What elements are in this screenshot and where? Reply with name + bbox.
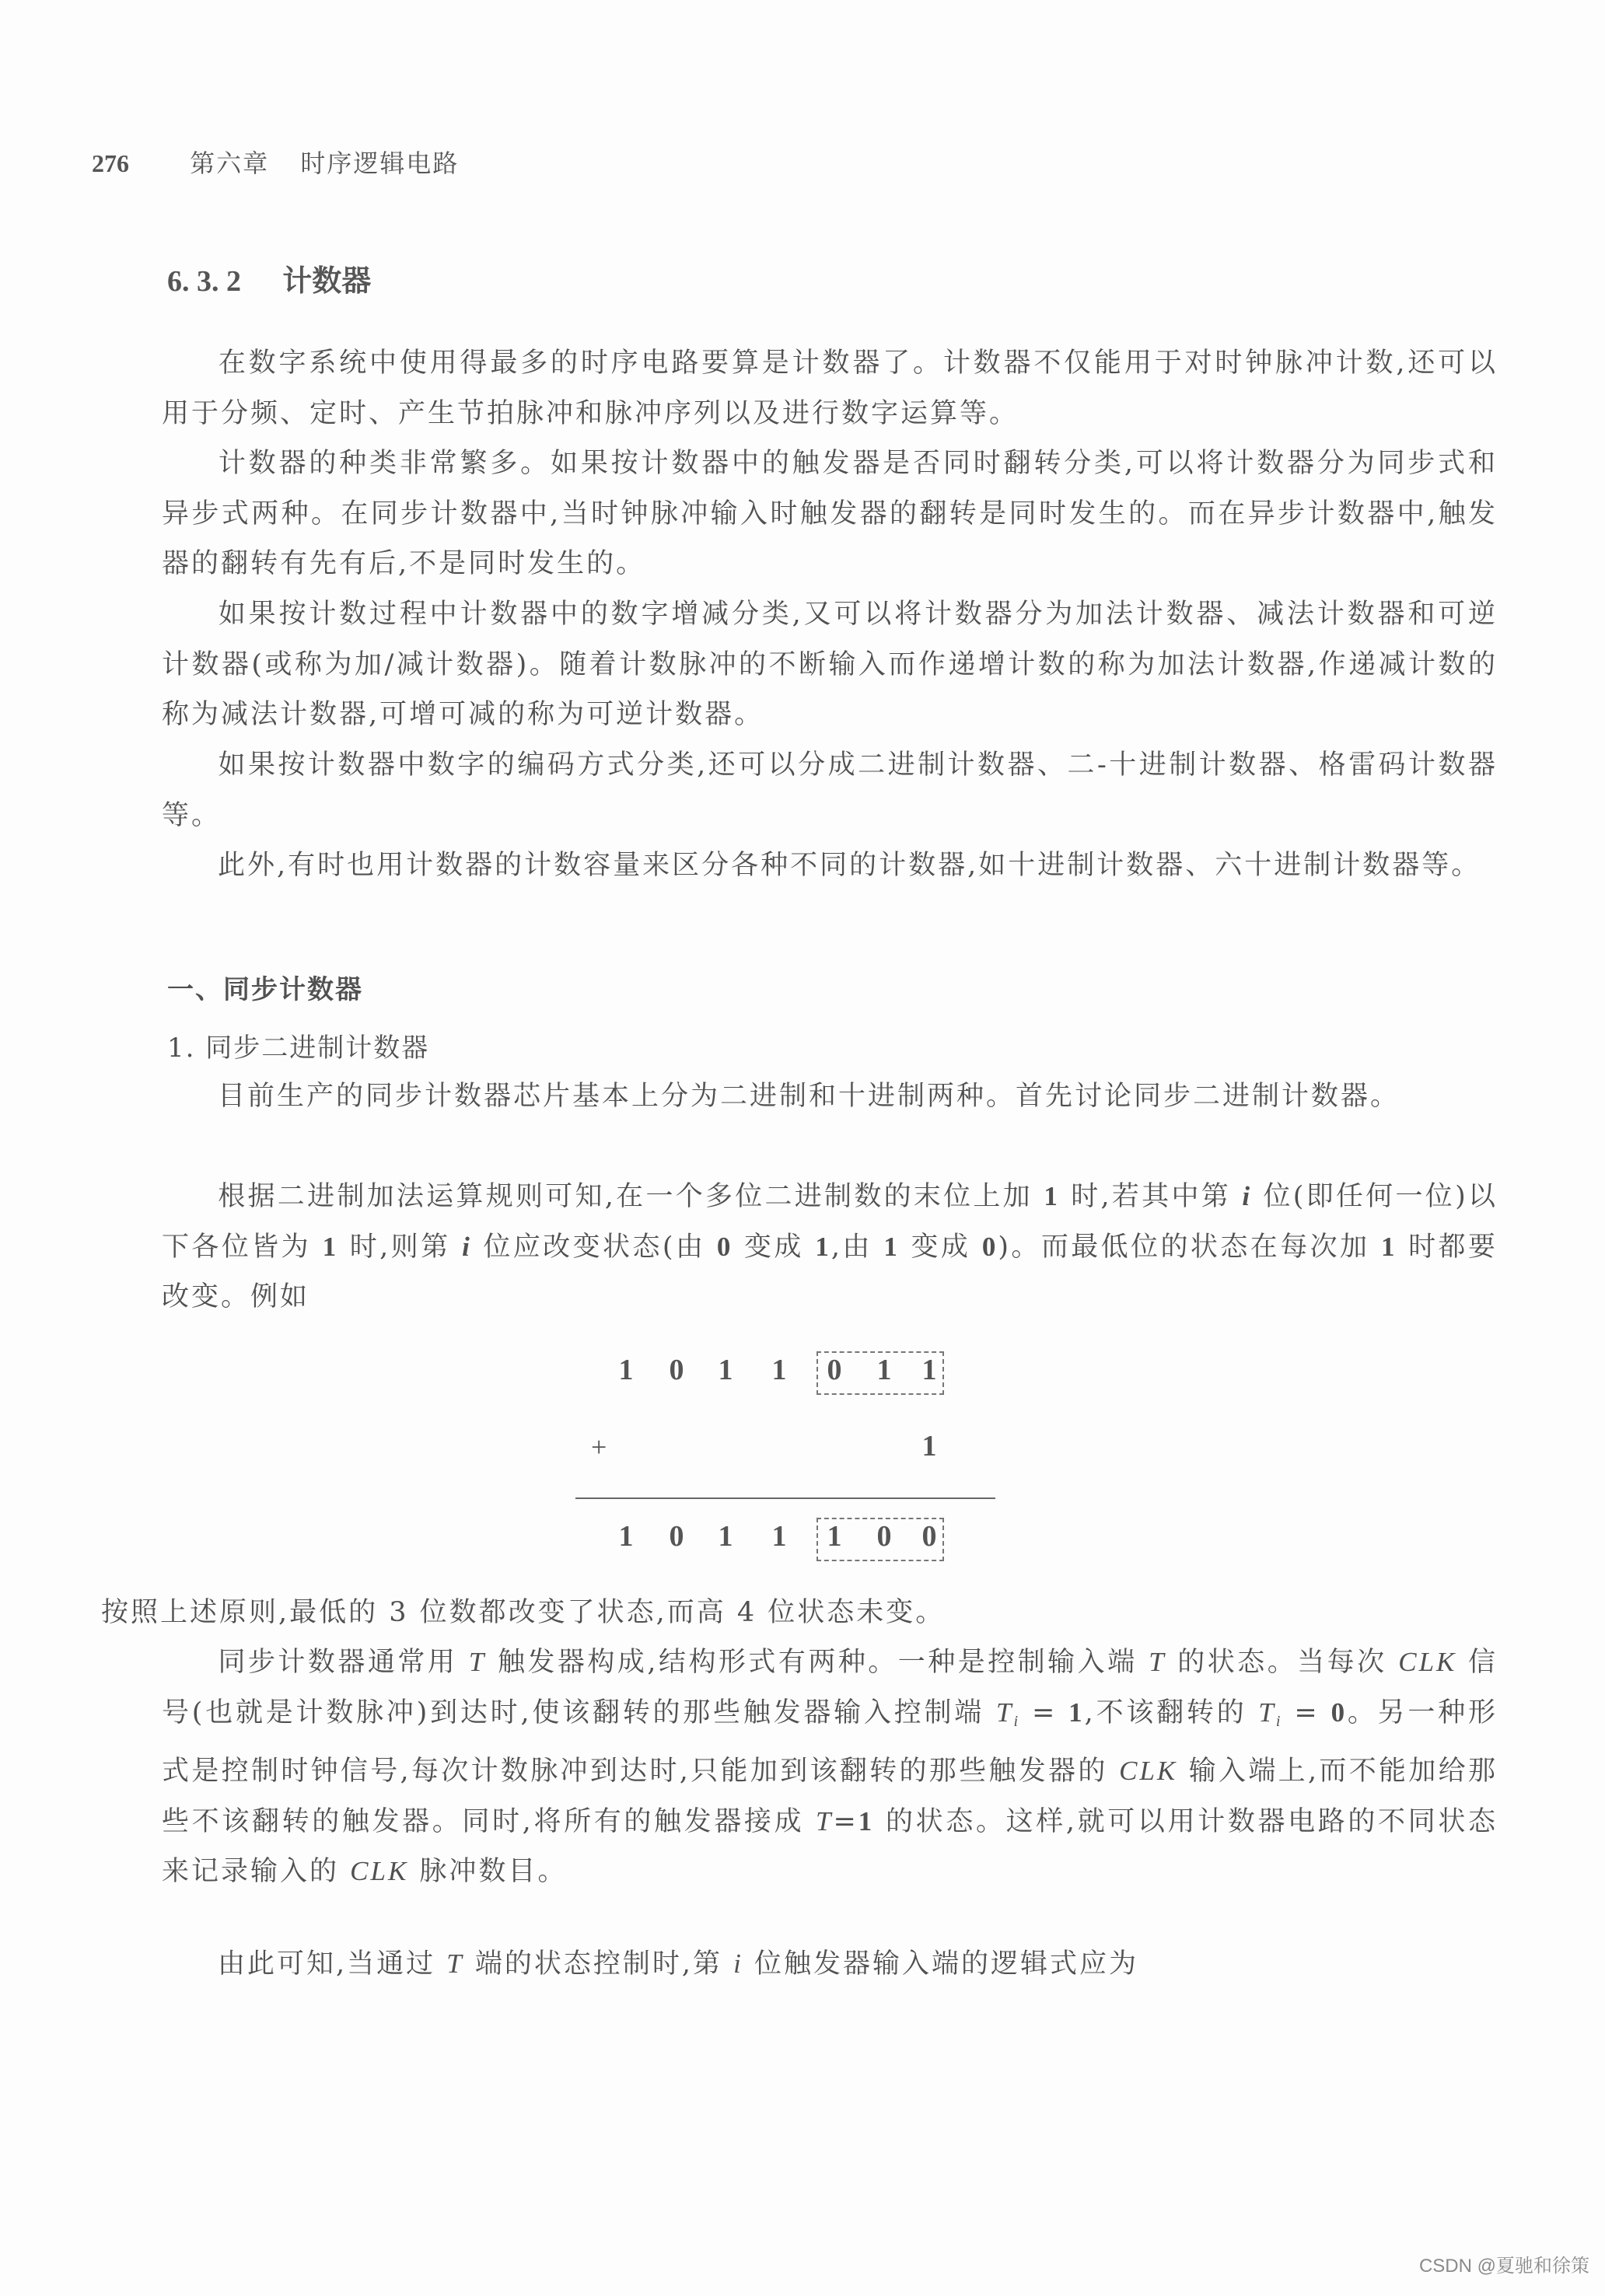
- section-number: 6. 3. 2: [167, 265, 241, 298]
- paragraph-intro: 在数字系统中使用得最多的时序电路要算是计数器了。计数器不仅能用于对时钟脉冲计数,…: [162, 338, 1498, 439]
- section-title: 6. 3. 2 计数器: [167, 257, 371, 299]
- plus-sign: +: [591, 1431, 607, 1463]
- chapter-label: 第六章: [190, 149, 269, 178]
- watermark: CSDN @夏驰和徐策: [1419, 2250, 1589, 2277]
- paragraph-text: 按照上述原则,最低的 3 位数都改变了状态,而高 4 位状态未变。: [101, 1597, 945, 1628]
- digit: 1: [768, 1353, 791, 1387]
- running-header: 276 第六章 时序逻辑电路: [92, 144, 459, 180]
- paragraph-text: 如果按计数器中数字的编码方式分类,还可以分成二进制计数器、二-十进制计数器、格雷…: [162, 750, 1498, 831]
- digit: 1: [918, 1429, 941, 1463]
- section-title-text: 计数器: [282, 263, 371, 298]
- paragraph-capacity: 此外,有时也用计数器的计数容量来区分各种不同的计数器,如十进制计数器、六十进制计…: [162, 840, 1498, 891]
- dashed-box-result: [816, 1518, 944, 1561]
- paragraph-encoding: 如果按计数器中数字的编码方式分类,还可以分成二进制计数器、二-十进制计数器、格雷…: [162, 740, 1498, 840]
- paragraph-chips: 目前生产的同步计数器芯片基本上分为二进制和十进制两种。首先讨论同步二进制计数器。: [162, 1071, 1498, 1122]
- paragraph-t-flipflop: 同步计数器通常用 T 触发器构成,结构形式有两种。一种是控制输入端 T 的状态。…: [162, 1637, 1498, 1897]
- page-number: 276: [92, 149, 129, 177]
- paragraph-text: 在数字系统中使用得最多的时序电路要算是计数器了。计数器不仅能用于对时钟脉冲计数,…: [162, 348, 1498, 429]
- digit: 0: [665, 1519, 688, 1553]
- digit: 1: [768, 1519, 791, 1553]
- paragraph-result-note: 按照上述原则,最低的 3 位数都改变了状态,而高 4 位状态未变。: [101, 1588, 1498, 1638]
- digit: 0: [665, 1353, 688, 1387]
- binary-addition-figure: 1 0 1 1 0 1 1 + 1 1 0 1 1 1 0 0: [575, 1353, 1011, 1578]
- digit: 1: [714, 1519, 737, 1553]
- paragraph-text: 计数器的种类非常繁多。如果按计数器中的触发器是否同时翻转分类,可以将计数器分为同…: [162, 448, 1498, 579]
- item-heading: 1. 同步二进制计数器: [167, 1026, 429, 1064]
- digit: 1: [614, 1353, 638, 1387]
- paragraph-text: 如果按计数过程中计数器中的数字增减分类,又可以将计数器分为加法计数器、减法计数器…: [162, 599, 1498, 730]
- paragraph-types: 计数器的种类非常繁多。如果按计数器中的触发器是否同时翻转分类,可以将计数器分为同…: [162, 439, 1498, 589]
- chapter-title: 时序逻辑电路: [300, 149, 459, 178]
- paragraph-text: 目前生产的同步计数器芯片基本上分为二进制和十进制两种。首先讨论同步二进制计数器。: [218, 1081, 1400, 1112]
- paragraph-binary-rule: 根据二进制加法运算规则可知,在一个多位二进制数的末位上加 1 时,若其中第 i …: [162, 1172, 1498, 1323]
- paragraph-updown: 如果按计数过程中计数器中的数字增减分类,又可以将计数器分为加法计数器、减法计数器…: [162, 589, 1498, 740]
- subsection-heading: 一、同步计数器: [167, 968, 363, 1006]
- dashed-box-operand: [816, 1351, 944, 1395]
- digit: 1: [714, 1353, 737, 1387]
- paragraph-text: 此外,有时也用计数器的计数容量来区分各种不同的计数器,如十进制计数器、六十进制计…: [218, 850, 1481, 881]
- paragraph-logic-expression: 由此可知,当通过 T 端的状态控制时,第 i 位触发器输入端的逻辑式应为: [162, 1939, 1498, 1990]
- digit: 1: [614, 1519, 638, 1553]
- sum-rule: [575, 1497, 995, 1499]
